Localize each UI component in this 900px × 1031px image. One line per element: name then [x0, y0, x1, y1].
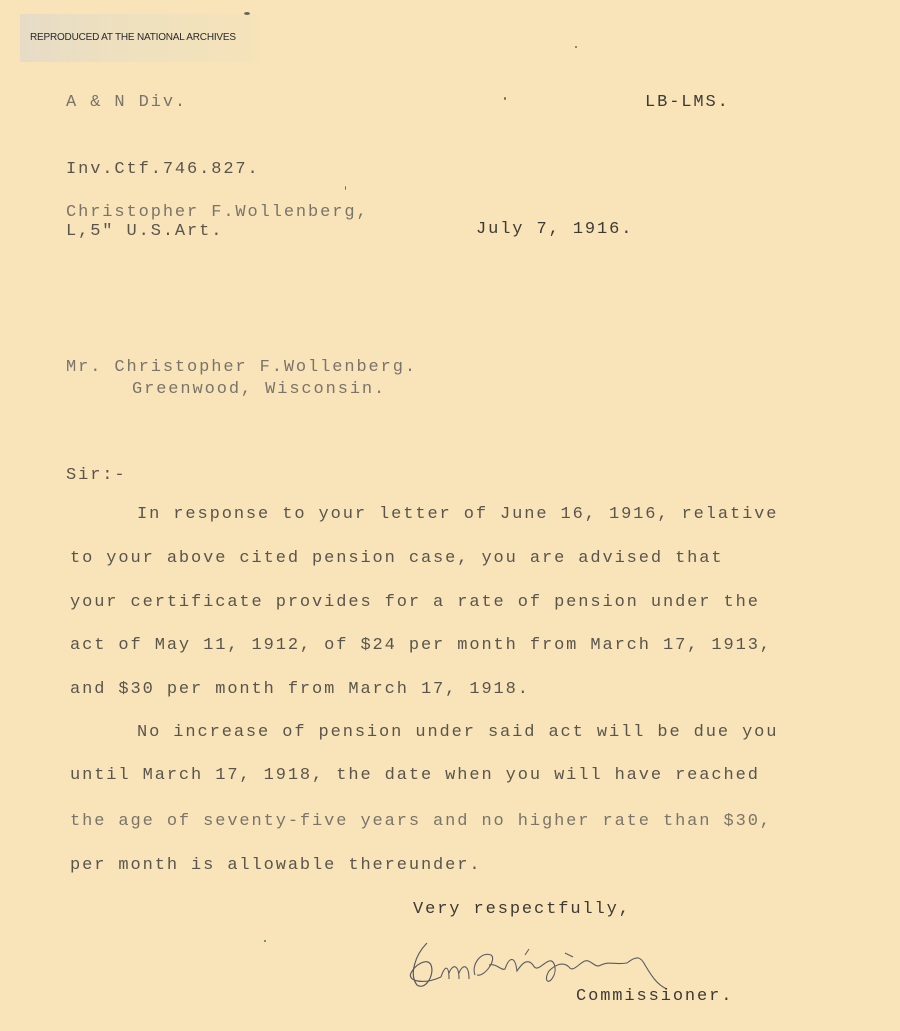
body-line: and $30 per month from March 17, 1918.: [70, 680, 530, 699]
complimentary-close: Very respectfully,: [413, 900, 631, 919]
ink-speck: [575, 46, 577, 48]
certificate-number: Inv.Ctf.746.827.: [66, 160, 260, 179]
reference-code: LB-LMS.: [645, 93, 730, 112]
handwritten-signature: [405, 935, 715, 995]
body-line: your certificate provides for a rate of …: [70, 593, 760, 612]
addressee-location: Greenwood, Wisconsin.: [132, 380, 386, 399]
ink-speck: [244, 12, 250, 15]
body-line: No increase of pension under said act wi…: [137, 723, 778, 742]
addressee-name: Mr. Christopher F.Wollenberg.: [66, 358, 417, 377]
salutation: Sir:-: [66, 466, 127, 485]
letter-date: July 7, 1916.: [476, 220, 633, 239]
signatory-title: Commissioner.: [576, 987, 733, 1006]
body-line: the age of seventy-five years and no hig…: [70, 812, 772, 831]
ink-speck: [345, 186, 346, 190]
military-unit: L,5" U.S.Art.: [66, 222, 223, 241]
body-line: act of May 11, 1912, of $24 per month fr…: [70, 636, 772, 655]
ink-speck: [264, 940, 266, 942]
pensioner-name: Christopher F.Wollenberg,: [66, 203, 369, 222]
archive-stamp: REPRODUCED AT THE NATIONAL ARCHIVES: [30, 32, 236, 43]
body-line: until March 17, 1918, the date when you …: [70, 766, 760, 785]
division-label: A & N Div.: [66, 93, 187, 112]
body-line: per month is allowable thereunder.: [70, 856, 481, 875]
body-line: In response to your letter of June 16, 1…: [137, 505, 778, 524]
ink-speck: [504, 97, 506, 100]
body-line: to your above cited pension case, you ar…: [70, 549, 724, 568]
